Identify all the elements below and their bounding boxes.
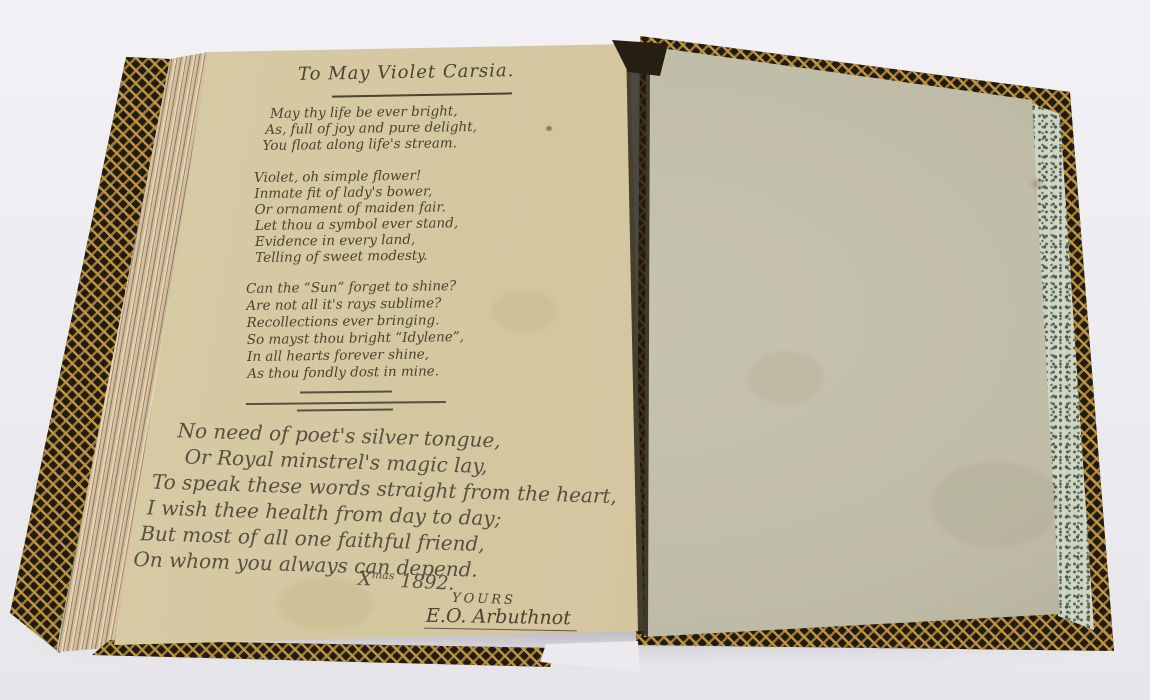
lower-poem: No need of poet's silver tongue,Or Royal… bbox=[133, 416, 619, 587]
stanza-3: Can the “Sun” forget to shine?Are not al… bbox=[246, 278, 465, 383]
date-xmas-1892: Xmas 1892. bbox=[357, 567, 455, 594]
date-x: X bbox=[357, 568, 372, 591]
date-year: 1892. bbox=[394, 570, 456, 595]
signature-eo-arbuthnot: E.O. Arbuthnot bbox=[424, 605, 577, 632]
title-underline bbox=[332, 92, 512, 97]
handwritten-text-layer: To May Violet Carsia. May thy life be ev… bbox=[0, 0, 1150, 700]
dedication-title: To May Violet Carsia. bbox=[298, 60, 515, 85]
stanza-1: May thy life be ever bright,As, full of … bbox=[262, 103, 477, 154]
section-divider-line bbox=[246, 401, 446, 405]
handwritten-line: Telling of sweet modesty. bbox=[255, 247, 459, 266]
handwritten-line: So mayst thou bright “Idylene”, bbox=[247, 329, 464, 349]
photo-open-antique-album: To May Violet Carsia. May thy life be ev… bbox=[0, 0, 1150, 700]
section-divider-line bbox=[297, 408, 393, 411]
section-divider-line bbox=[300, 391, 392, 394]
date-superscript: mas bbox=[371, 568, 394, 582]
stanza-2-violet-acrostic: Violet, oh simple flower!Inmate fit of l… bbox=[254, 167, 459, 266]
handwritten-line: You float along life's stream. bbox=[262, 135, 477, 154]
handwritten-line: Let thou a symbol ever stand, bbox=[255, 215, 459, 234]
handwritten-line: As thou fondly dost in mine. bbox=[247, 363, 464, 383]
